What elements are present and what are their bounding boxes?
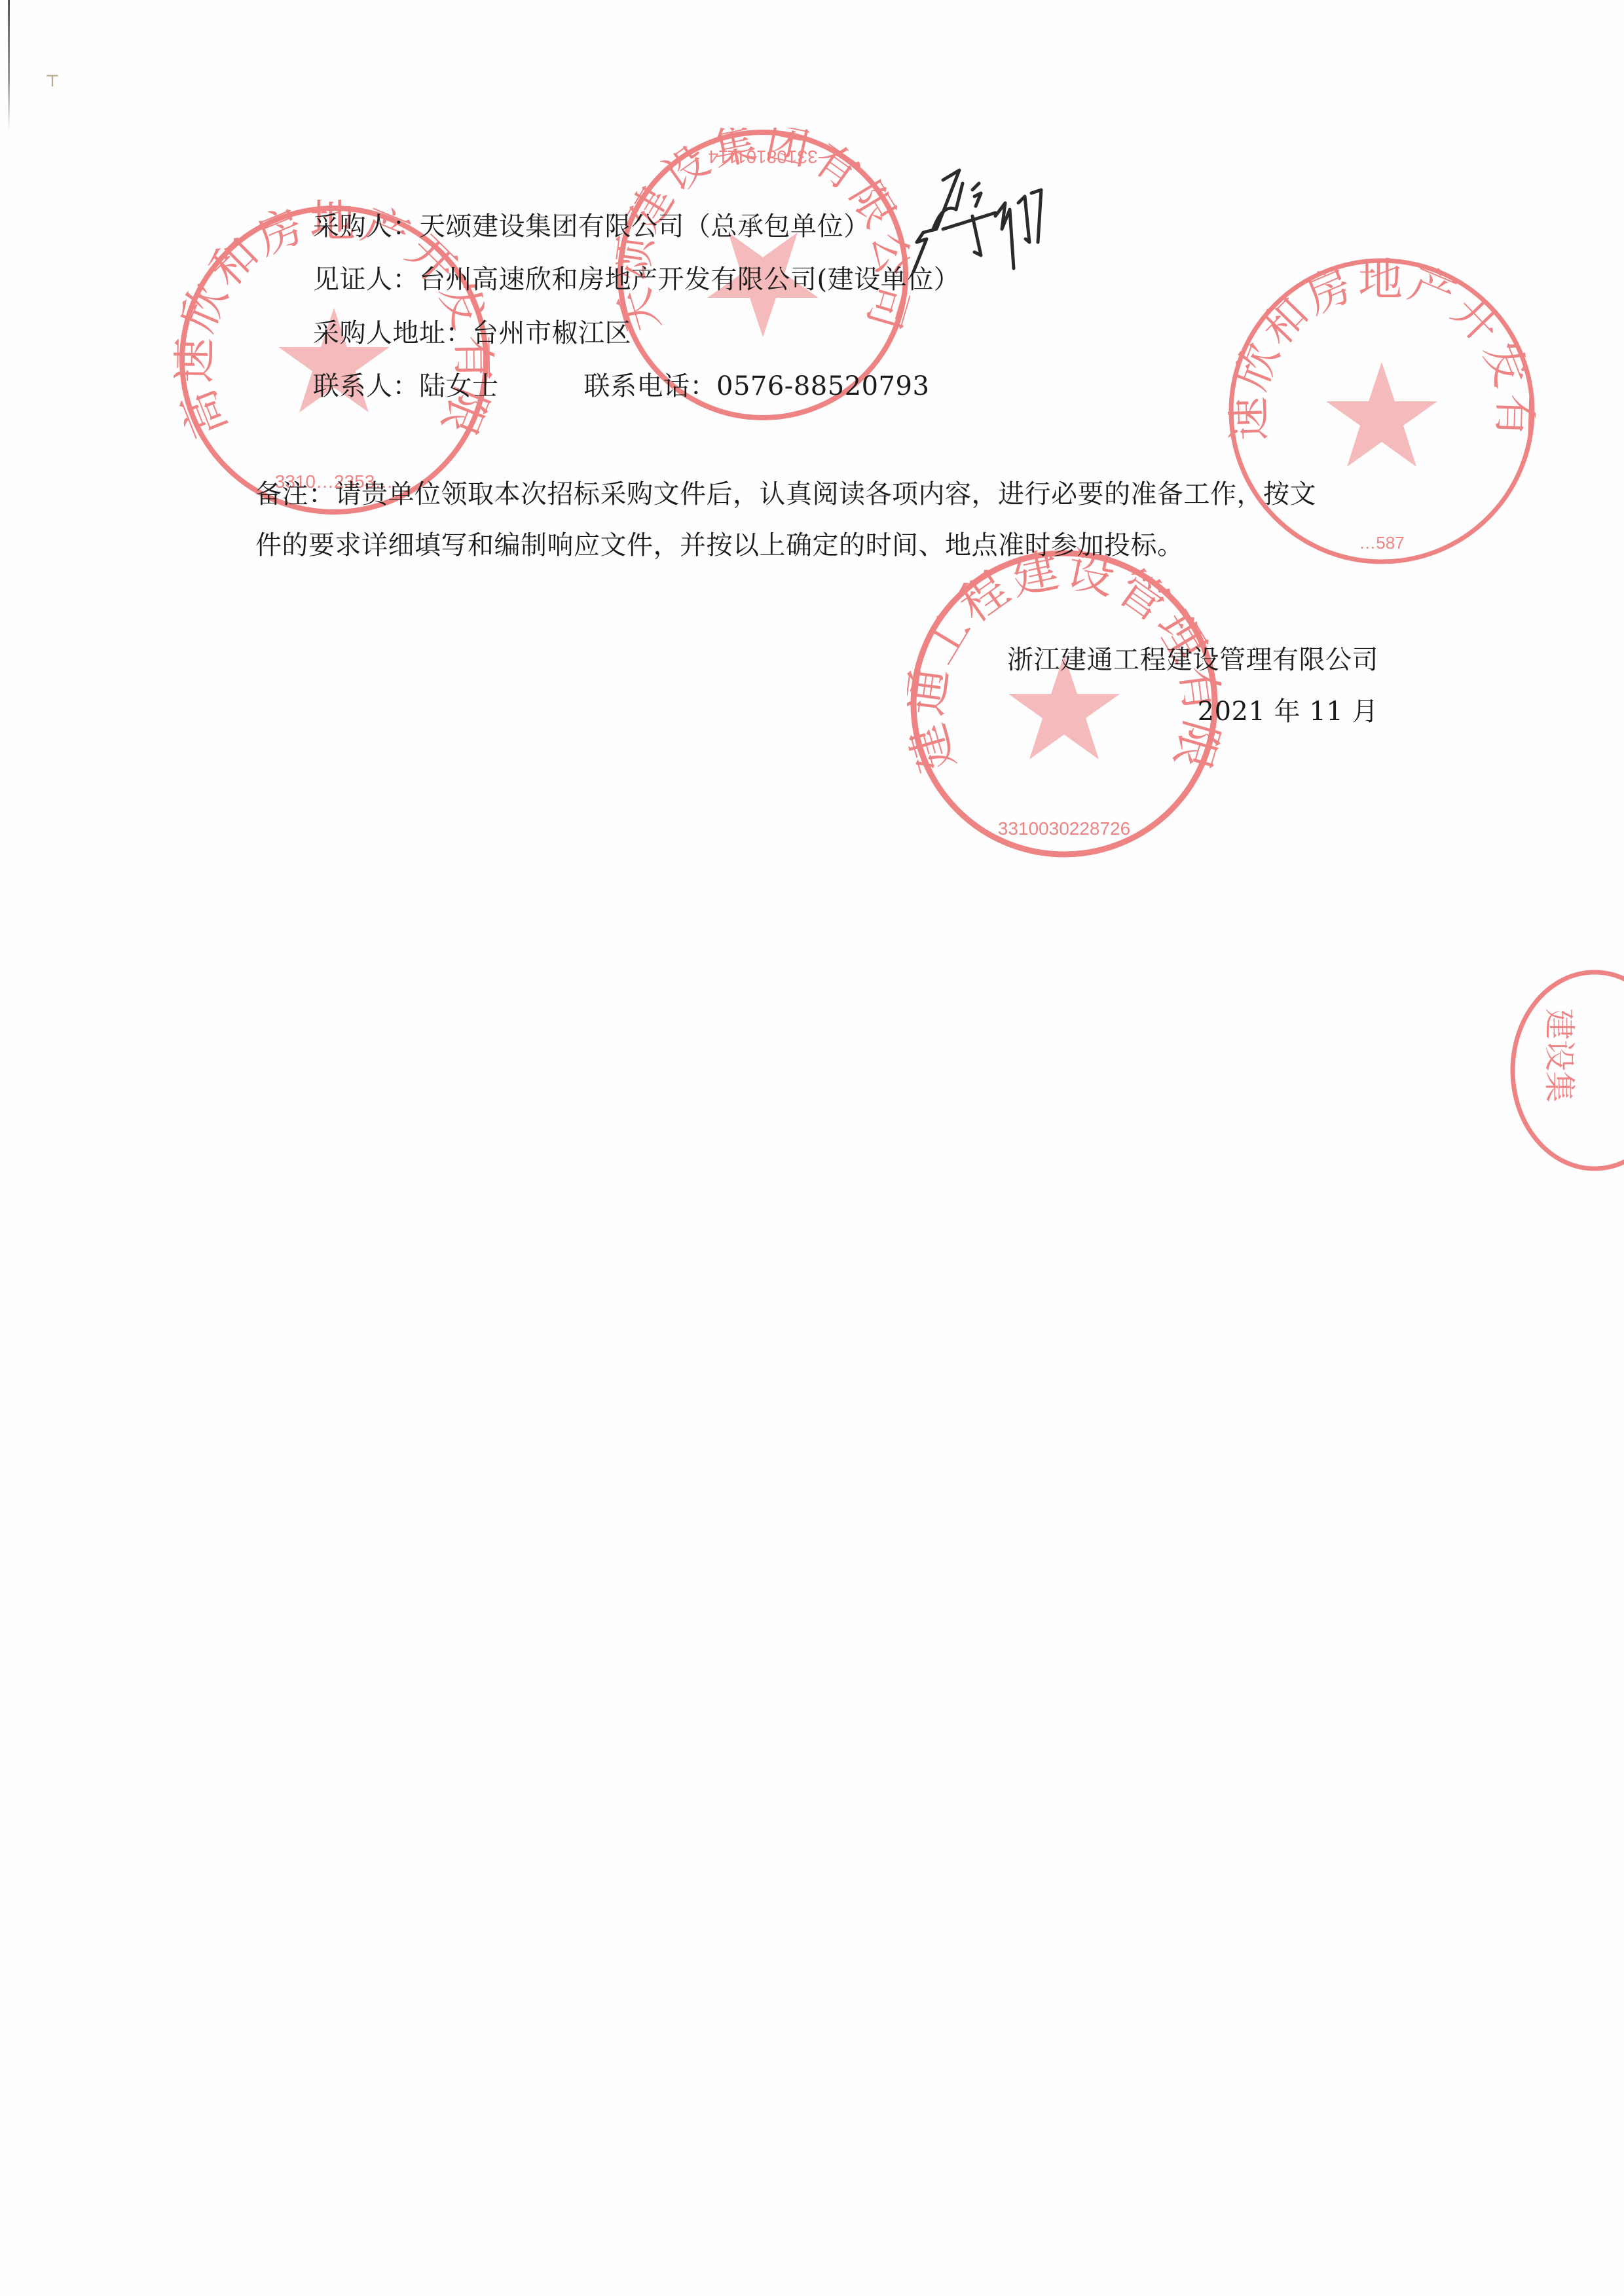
witness-label: 见证人： [313,264,419,295]
phone-label: 联系电话： [584,371,717,401]
phone-value: 0576-88520793 [716,371,929,401]
purchaser-line: 采购人：天颂建设集团有限公司（总承包单位） [313,211,870,242]
contact-value: 陆女士 [419,371,499,401]
witness-company-seal: 台州高速欣和房地产开发有限公司 3310…2353… [174,200,494,520]
purchaser-label: 采购人： [313,211,419,242]
issuer-company-seal: 浙江建通工程建设管理有限公司 3310030228726 [907,547,1221,861]
note-line-2: 件的要求详细填写和编制响应文件，并按以上确定的时间、地点准时参加投标。 [255,530,1184,561]
issue-date: 2021 年 11 月 [1198,696,1378,727]
svg-text:建设集: 建设集 [1541,1008,1576,1102]
address-label: 采购人地址： [313,318,472,348]
purchaser-value: 天颂建设集团有限公司（总承包单位） [419,211,870,242]
handwritten-signature [897,157,1054,275]
witness-line: 见证人：台州高速欣和房地产开发有限公司(建设单位） [313,264,960,295]
svg-text:…587: …587 [1359,533,1404,553]
contact-line: 联系人：陆女士联系电话：0576-88520793 [313,371,929,402]
address-value: 台州市椒江区 [472,318,631,348]
scan-edge-artifact [8,0,10,131]
seam-seal-partial: 建设集 [1509,962,1624,1178]
svg-text:台州高速欣和房地产开发有限公司: 台州高速欣和房地产开发有限公司 [1228,257,1536,442]
svg-text:33108101114: 33108101114 [708,147,817,167]
witness-company-seal-right: 台州高速欣和房地产开发有限公司 …587 [1228,257,1536,565]
issuer-name: 浙江建通工程建设管理有限公司 [1007,644,1378,676]
witness-value: 台州高速欣和房地产开发有限公司(建设单位） [419,264,960,295]
note-line-1: 备注：请贵单位领取本次招标采购文件后，认真阅读各项内容，进行必要的准备工作，按文 [255,479,1316,510]
address-line: 采购人地址：台州市椒江区 [313,318,631,349]
contact-label: 联系人： [313,371,419,401]
scan-speck: ⸆ [46,65,59,101]
svg-text:3310030228726: 3310030228726 [998,818,1130,839]
